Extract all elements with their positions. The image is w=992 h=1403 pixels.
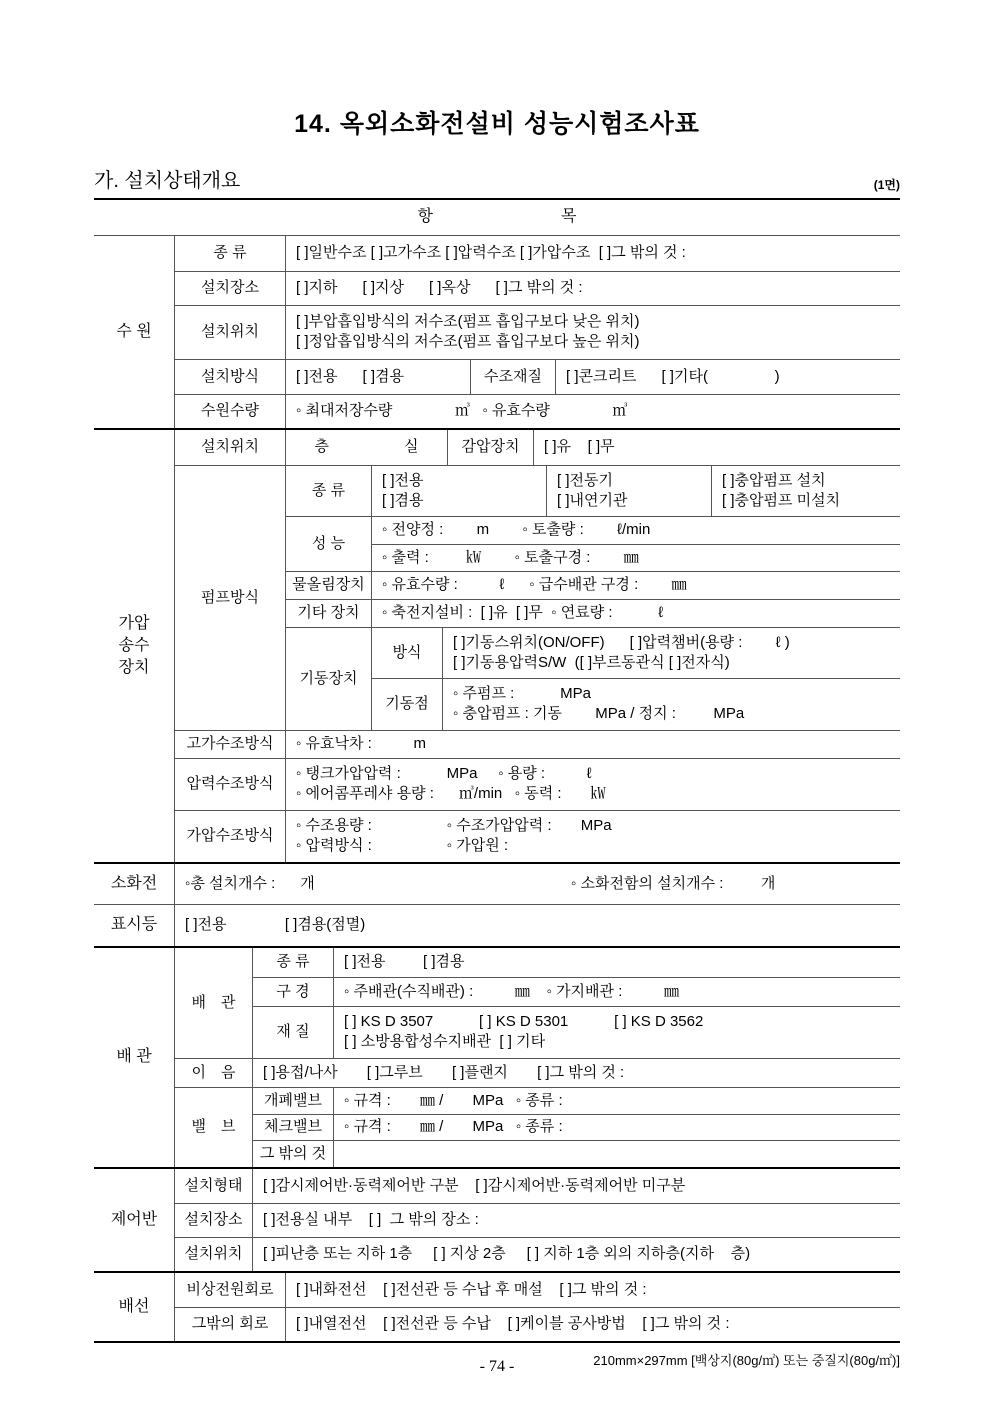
section-control-panel: 제어반 설치형태 [ ]감시제어반·동력제어반 구분 [ ]감시제어반·동력제어…: [94, 1167, 900, 1271]
wiring-label: 배선: [94, 1273, 174, 1341]
section-heading: 가. 설치상태개요: [94, 168, 240, 195]
pump-method-label: 펌프방식: [175, 466, 285, 730]
section-water-source: 수 원 종 류 [ ]일반수조 [ ]고가수조 [ ]압력수조 [ ]가압수조 …: [94, 235, 900, 428]
form-sections: 수 원 종 류 [ ]일반수조 [ ]고가수조 [ ]압력수조 [ ]가압수조 …: [94, 235, 900, 1341]
subheading-row: 가. 설치상태개요 (1면): [94, 168, 900, 198]
install-method-options: [ ]전용 [ ]겸용: [285, 360, 470, 394]
panel-place-options: [ ]전용실 내부 [ ] 그 밖의 장소 :: [252, 1204, 900, 1237]
pump-power-bore-fields: ◦ 출력 : ㎾ ◦ 토출구경 : ㎜: [372, 545, 900, 571]
panel-form-label: 설치형태: [175, 1169, 252, 1203]
pipe-bore-fields: ◦ 주배관(수직배관) : ㎜ ◦ 가지배관 : ㎜: [333, 978, 900, 1006]
pipe-type-label: 종 류: [253, 948, 333, 977]
decompressor-options: [ ]유 [ ]무: [533, 430, 900, 465]
starter-point-fields: ◦ 주펌프 : MPa ◦ 충압펌프 : 기동 MPa / 정지 : MPa: [442, 679, 900, 730]
pipe-material-label: 재 질: [253, 1007, 333, 1058]
pressure-tank-fields: ◦ 탱크가압압력 : MPa ◦ 용량 : ℓ ◦ 에어콤푸레샤 용량 : ㎥/…: [285, 759, 900, 810]
emergency-circuit-options: [ ]내화전선 [ ]전선관 등 수납 후 매설 [ ]그 밖의 것 :: [285, 1273, 900, 1307]
priming-tank-label: 물올림장치: [286, 572, 371, 599]
document-sheet: 14. 옥외소화전설비 성능시험조사표 가. 설치상태개요 (1면) 항 목 수…: [94, 0, 900, 1378]
pressurized-tank-fields: ◦ 수조용량 : ◦ 수조가압압력 : MPa ◦ 압력방식 : ◦ 가압원 :: [285, 811, 900, 862]
section-hydrant-lamp: 소화전 ◦총 설치개수 : 개 ◦ 소화전함의 설치개수 : 개 표시등 [ ]…: [94, 862, 900, 946]
pipe-bore-label: 구 경: [253, 978, 333, 1006]
starter-method-label: 방식: [372, 628, 442, 678]
gate-valve-label: 개폐밸브: [253, 1088, 333, 1114]
pipe-type-options: [ ]전용 [ ]겸용: [333, 948, 900, 977]
panel-position-label: 설치위치: [175, 1238, 252, 1271]
valve-label: 밸 브: [175, 1088, 252, 1167]
other-device-fields: ◦ 축전지설비 : [ ]유 [ ]무 ◦ 연료량 : ℓ: [371, 600, 900, 627]
items-header: 항 목: [94, 200, 900, 235]
gate-valve-fields: ◦ 규격 : ㎜ / MPa ◦ 종류 :: [333, 1088, 900, 1114]
other-valve-field: [333, 1141, 900, 1167]
water-type-options: [ ]일반수조 [ ]고가수조 [ ]압력수조 [ ]가압수조 [ ]그 밖의 …: [285, 236, 900, 271]
section-pressurized-pump: 가압 송수 장치 설치위치 층 실 감압장치 [ ]유 [ ]무 펌프방식 종 …: [94, 428, 900, 862]
pump-performance-label: 성 능: [286, 517, 371, 571]
pressurized-tank-label: 가압수조방식: [175, 811, 285, 862]
elevated-tank-fields: ◦ 유효낙차 : m: [285, 731, 900, 758]
section-wiring: 배선 비상전원회로 [ ]내화전선 [ ]전선관 등 수납 후 매설 [ ]그 …: [94, 1271, 900, 1341]
install-place-options: [ ]지하 [ ]지상 [ ]옥상 [ ]그 밖의 것 :: [285, 272, 900, 305]
page-footer: - 74 - 210mm×297mm [백상지(80g/㎡) 또는 중질지(80…: [94, 1356, 900, 1378]
pump-type-label: 종 류: [286, 466, 371, 516]
other-valve-label: 그 밖의 것: [253, 1141, 333, 1167]
starter-point-label: 기동점: [372, 679, 442, 730]
hydrant-label: 소화전: [94, 864, 174, 904]
pressure-tank-label: 압력수조방식: [175, 759, 285, 810]
other-device-label: 기타 장치: [286, 600, 371, 627]
pressurized-pump-label: 가압 송수 장치: [94, 430, 174, 862]
section-piping: 배 관 배 관 종 류 [ ]전용 [ ]겸용 구 경 ◦ 주배관(수직배관: [94, 946, 900, 1167]
other-circuit-label: 그밖의 회로: [175, 1308, 285, 1341]
page-note: (1면): [874, 177, 900, 195]
starter-label: 기동장치: [286, 628, 371, 730]
indicator-lamp-label: 표시등: [94, 905, 174, 946]
water-quantity-label: 수원수량: [175, 395, 285, 428]
pump-position-label: 설치위치: [175, 430, 285, 465]
panel-place-label: 설치장소: [175, 1204, 252, 1237]
pump-head-flow-fields: ◦ 전양정 : m ◦ 토출량 : ℓ/min: [372, 517, 900, 544]
joint-options: [ ]용접/나사 [ ]그루브 [ ]플랜지 [ ]그 밖의 것 :: [252, 1059, 900, 1087]
starter-method-options: [ ]기동스위치(ON/OFF) [ ]압력챔버(용량 : ℓ ) [ ]기동용…: [442, 628, 900, 678]
water-quantity-fields: ◦ 최대저장수량 ㎥ ◦ 유효수량 ㎥: [285, 395, 900, 428]
install-position-options: [ ]부압흡입방식의 저수조(펌프 흡입구보다 낮은 위치) [ ]정압흡입방식…: [285, 306, 900, 359]
pump-type-jockey: [ ]충압펌프 설치 [ ]충압펌프 미설치: [711, 466, 900, 516]
decompressor-label: 감압장치: [447, 430, 533, 465]
other-circuit-options: [ ]내열전선 [ ]전선관 등 수납 [ ]케이블 공사방법 [ ]그 밖의 …: [285, 1308, 900, 1341]
install-place-label: 설치장소: [175, 272, 285, 305]
pump-type-motor: [ ]전동기 [ ]내연기관: [546, 466, 711, 516]
paper-spec-note: 210mm×297mm [백상지(80g/㎡) 또는 중질지(80g/㎡)]: [593, 1352, 900, 1370]
tank-material-label: 수조재질: [470, 360, 555, 394]
tank-material-options: [ ]콘크리트 [ ]기타( ): [555, 360, 900, 394]
water-type-label: 종 류: [175, 236, 285, 271]
document-title: 14. 옥외소화전설비 성능시험조사표: [94, 0, 900, 142]
indicator-lamp-options: [ ]전용 [ ]겸용(점멸): [175, 905, 900, 946]
priming-tank-fields: ◦ 유효수량 : ℓ ◦ 급수배관 구경 : ㎜: [371, 572, 900, 599]
elevated-tank-label: 고가수조방식: [175, 731, 285, 758]
install-method-label: 설치방식: [175, 360, 285, 394]
pump-floor-room-field: 층 실: [285, 430, 447, 465]
hydrant-count-field: ◦총 설치개수 : 개: [175, 864, 561, 904]
panel-form-options: [ ]감시제어반·동력제어반 구분 [ ]감시제어반·동력제어반 미구분: [252, 1169, 900, 1203]
form-table: 항 목 수 원 종 류 [ ]일반수조 [ ]고가수조 [ ]압력수조 [ ]가…: [94, 198, 900, 1343]
check-valve-fields: ◦ 규격 : ㎜ / MPa ◦ 종류 :: [333, 1115, 900, 1140]
install-position-label: 설치위치: [175, 306, 285, 359]
pipe-sub-label: 배 관: [175, 948, 252, 1058]
control-panel-label: 제어반: [94, 1169, 174, 1271]
hydrant-box-count-field: ◦ 소화전함의 설치개수 : 개: [561, 864, 900, 904]
check-valve-label: 체크밸브: [253, 1115, 333, 1140]
emergency-circuit-label: 비상전원회로: [175, 1273, 285, 1307]
joint-label: 이 음: [175, 1059, 252, 1087]
panel-position-options: [ ]피난층 또는 지하 1층 [ ] 지상 2층 [ ] 지하 1층 외의 지…: [252, 1238, 900, 1271]
pump-type-use: [ ]전용 [ ]겸용: [371, 466, 546, 516]
water-source-label: 수 원: [94, 236, 174, 428]
piping-label: 배 관: [94, 948, 174, 1167]
pipe-material-options: [ ] KS D 3507 [ ] KS D 5301 [ ] KS D 356…: [333, 1007, 900, 1058]
